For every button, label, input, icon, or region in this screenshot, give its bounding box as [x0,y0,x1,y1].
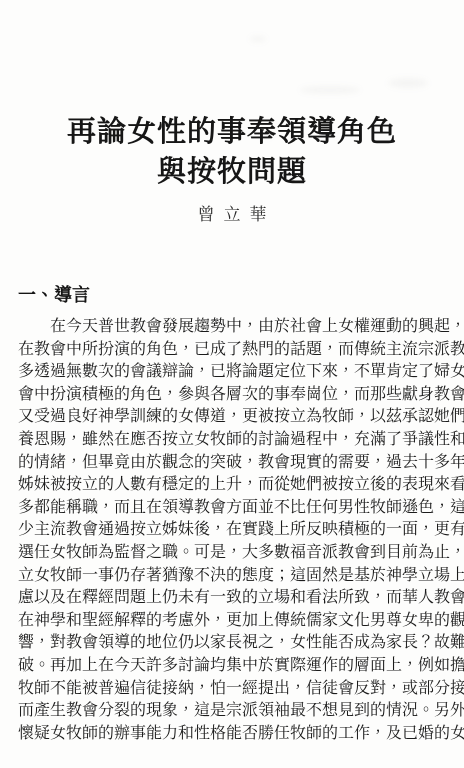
body-text-line: 立女牧師一事仍存著猶豫不決的態度；這固然是基於神學立場上的考 [18,565,448,588]
body-text-line: 在今天普世教會發展趨勢中，由於社會上女權運動的興起，婦女 [18,316,448,339]
body-text-line: 選任女牧師為監督之職。可是，大多數福音派教會到目前為止，對按 [18,542,448,565]
body-text-line: 響，對教會領導的地位仍以家長視之，女性能否成為家長？故難有突 [18,632,448,655]
body-text-line: 養恩賜，雖然在應否按立女牧師的討論過程中，充滿了爭議性和波動 [18,429,448,452]
body-text-line: 慮以及在釋經問題上仍未有一致的立場和看法所致，而華人教會除了 [18,587,448,610]
body-text-line: 的情緒，但畢竟由於觀念的突破，教會現實的需要，過去十多年來， [18,452,448,475]
page-title: 再論女性的事奉領導角色 與按牧問題 [0,0,464,192]
body-text-line: 多透過無數次的會議辯論，已將論題定位下來，不單肯定了婦女在教 [18,361,448,384]
body-text-line: 破。再加上在今天許多討論均集中於實際運作的層面上，例如擔心女 [18,655,448,678]
body-text-line: 在教會中所扮演的角色，已成了熱門的話題，而傳統主流宗派教會大 [18,339,448,362]
body-text-line: 牧師不能被普遍信徒接納，怕一經提出，信徒會反對，或部分接納， [18,678,448,701]
body-text-line: 在神學和聖經解釋的考慮外，更加上傳統儒家文化男尊女卑的觀念影 [18,610,448,633]
section-heading: 一、導言 [18,284,448,307]
body-paragraph: 在今天普世教會發展趨勢中，由於社會上女權運動的興起，婦女在教會中所扮演的角色，已… [18,316,448,745]
body-text-line: 而產生教會分裂的現象，這是宗派領袖最不想見到的情況。另外，也 [18,700,448,723]
body-text-line: 少主流教會通過按立姊妹後，在實踐上所反映積極的一面，更有宗派 [18,519,448,542]
body-text-line: 姊妹被按立的人數有穩定的上升，而從她們被按立後的表現來看，許 [18,474,448,497]
body-text-line: 會中扮演積極的角色，參與各層次的事奉崗位，而那些獻身教會事奉 [18,384,448,407]
page-title-line-1: 再論女性的事奉領導角色 [0,112,464,152]
body-text-line: 懷疑女牧師的辦事能力和性格能否勝任牧師的工作，及已婚的女牧師 [18,723,448,746]
body-text-line: 多都能稱職，而且在領導教會方面並不比任何男性牧師遜色，這在不 [18,497,448,520]
page-title-line-2: 與按牧問題 [0,152,464,192]
author-name: 曾立華 [0,203,464,227]
body-text-line: 又受過良好神學訓練的女傳道，更被按立為牧師，以茲承認她們的牧 [18,406,448,429]
document-page: 再論女性的事奉領導角色 與按牧問題 曾立華 一、導言 在今天普世教會發展趨勢中，… [0,0,464,768]
